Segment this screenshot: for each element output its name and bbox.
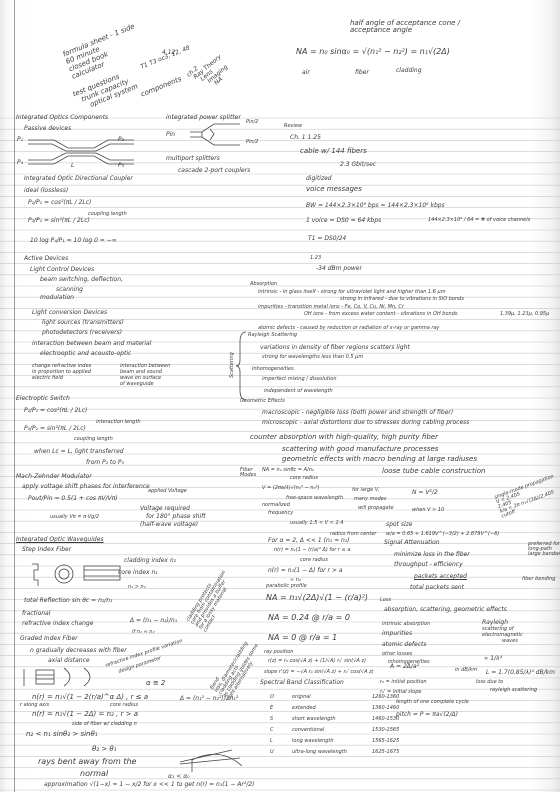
note-line: when V > 10: [412, 508, 444, 513]
note-line: Voltage required: [140, 506, 206, 512]
equation: NA = n₁√(2Δ)√(1 − (r/a)²): [266, 594, 368, 602]
rayleigh-note: Rayleigh scattering of electromagnetic w…: [482, 620, 523, 644]
note-line: 2.3 Gbit/sec: [340, 162, 376, 168]
note-line: n₁ > n₂: [128, 585, 146, 590]
band-letter: S: [270, 717, 292, 722]
equation: N = V²/2: [412, 490, 438, 496]
note-line: if n₁ ≈ n₂: [132, 630, 154, 635]
label-pout: Pin/2: [246, 120, 258, 125]
equation: P₃/P₁ = sin²(πL / 2Lc): [28, 218, 90, 224]
note-line: n gradually decreases with fiber: [30, 648, 127, 654]
note-line: rays bent away from the: [38, 758, 136, 766]
band-letter: O: [270, 695, 292, 700]
label-fiber: fiber: [355, 70, 369, 76]
note-line: scanning: [56, 287, 83, 293]
subsection-title: Light conversion Devices: [32, 310, 107, 316]
subsection-title: Inhomogeneities: [252, 367, 294, 372]
note-line: interaction between beam and material: [32, 341, 151, 347]
note-line: microscopic - axial distortions due to s…: [262, 420, 469, 426]
subsection-title: Step Index Fiber: [22, 547, 71, 553]
band-name: original: [292, 695, 372, 700]
note-line: coupling length: [88, 212, 127, 217]
equation: V = (2πa/λ)√(n₁² − n₂²): [262, 486, 319, 491]
note-line: interaction length: [96, 420, 141, 425]
note-line: large bandwidth: [528, 552, 560, 557]
note-line: refractive index change: [22, 621, 93, 627]
note-line: core index n₁: [118, 570, 158, 576]
equation: α₁ < α₀: [168, 774, 190, 780]
note-line: loss due to: [476, 680, 503, 685]
na-annotation: half angle of acceptance cone / acceptan…: [350, 20, 500, 34]
na-formula: NA = n₀ sinα₀ = √(n₁² − n₂²) = n₁√(2Δ): [296, 48, 450, 56]
equation: total Reflection sin θc = n₂/n₁: [24, 598, 113, 604]
note-line: counter absorption with high-quality, hi…: [250, 434, 438, 441]
band-range: 1260-1360: [372, 695, 422, 700]
note-line: core radius: [290, 476, 318, 481]
equation: n(r) = n₁√(1 − 2(r/a)^α Δ) , r ≤ a: [32, 694, 148, 701]
equation: Δ = (n₁ − n₂)/n₁: [130, 618, 177, 624]
equation: n(r) = n₁(1 − Δ) for r > a: [268, 568, 343, 574]
step-index-fiber-diagram: [24, 560, 124, 590]
note-line: normal: [80, 770, 108, 778]
note-line: voice messages: [306, 186, 362, 193]
note-line: atomic defects - caused by reduction or …: [258, 326, 439, 331]
equation: 144×2.3×10⁶ / 64 = # of voice channels: [428, 218, 530, 223]
section-title: Integrated Optic Waveguides: [16, 537, 104, 543]
equation: ∝ 1/λ⁴: [484, 656, 502, 662]
note-line: electrooptic and acousto-optic: [40, 351, 131, 357]
note-line: scattering with good manufacture process…: [282, 446, 438, 453]
equation: P₂/P₁ = cos²(πL / 2Lc): [28, 200, 91, 206]
note-line: intrinsic absorption: [382, 622, 430, 627]
subsection-title: Geometric Effects: [240, 399, 285, 404]
note-line: r₀ = initial position: [380, 680, 427, 685]
equation: packets accepted: [414, 574, 467, 580]
equation: α ≅ 2: [146, 680, 165, 687]
equation: n₂ < n₁ sinθ₂ > sinθ₁: [26, 731, 98, 738]
note-line: loose tube cable construction: [382, 468, 485, 475]
scattering-brace: [236, 330, 248, 402]
equation: w/a = 0.65 + 1.619V^(−3/2) + 2.879V^(−6): [386, 532, 499, 537]
equation: NA = n₁ sinθc = A/n₀: [262, 468, 314, 473]
note-line: free-space wavelength: [286, 496, 343, 501]
note-line: side of fiber w/ cladding n: [72, 722, 137, 727]
band-name: long wavelength: [292, 739, 372, 744]
note-line: from P₂ to P₃: [86, 460, 124, 466]
band-range: 1360-1460: [372, 706, 422, 711]
note-line: will propagate: [358, 506, 394, 511]
label-p1: P₁: [17, 137, 23, 143]
section-title: Review: [284, 124, 302, 129]
note-line: -34 dBm power: [316, 266, 362, 272]
note-line: cable w/ 144 fibers: [300, 148, 367, 155]
equation: NA = 0.24 @ r/a = 0: [268, 614, 350, 622]
scattering-label: Scattering: [230, 352, 235, 378]
section-title: Signal Attenuation: [384, 540, 440, 546]
note-line: ideal (lossless): [24, 188, 68, 194]
band-name: short wavelength: [292, 717, 372, 722]
band-name: conventional: [292, 728, 372, 733]
table-row: L long wavelength 1565-1625: [270, 736, 422, 747]
label-l: L: [71, 163, 74, 169]
note-line: core radius: [300, 558, 328, 563]
note-line: for 180° phase shift: [146, 514, 206, 520]
note-line: spot size: [386, 522, 413, 528]
band-range: 1565-1625: [372, 739, 422, 744]
band-letter: C: [270, 728, 292, 733]
note-line: of waveguide: [120, 382, 170, 387]
label-p3: P₃: [118, 163, 124, 169]
equation: n(r) = n₁(1 − (r/a)² Δ) for r ≤ a: [274, 548, 350, 553]
note-line: modulation: [40, 295, 74, 301]
section-title: Graded Index Fiber: [20, 636, 78, 642]
label-p2: P₂: [118, 137, 124, 143]
note-line: apply voltage shift phases for interfere…: [22, 484, 150, 490]
section-title: Spectral Band Classification: [260, 680, 344, 686]
equation: slope r'(z) = −√A r₀ sin(√A z) + r₀' cos…: [264, 670, 374, 675]
equation: 10 log P₄/P₁ = 10 log 0 = −∞: [30, 238, 117, 244]
preferred-note: preferred for long-path large bandwidth: [528, 542, 560, 557]
subsection-title: Passive devices: [24, 126, 71, 132]
equation: NA = 0 @ r/a = 1: [268, 634, 337, 642]
equation: approximation √(1−x) ≈ 1 − x/2 for x << …: [44, 782, 254, 788]
table-row: E extended 1360-1460: [270, 703, 422, 714]
equation: L = 1.7(0.85/λ)⁴ dB/km: [486, 670, 555, 676]
band-range: 1460-1530: [372, 717, 422, 722]
note-line: Ch. 1 1.25: [290, 135, 321, 141]
note-line: impurities: [382, 631, 412, 637]
band-name: extended: [292, 706, 372, 711]
label-pout: Pin/2: [246, 140, 258, 145]
note-line: 1.23: [310, 256, 321, 261]
note-line: waves: [502, 639, 523, 644]
note-line: r along axis: [20, 703, 49, 708]
equation: P₃/P₁ = sin²(πL / 2Lc): [24, 426, 86, 432]
voltage-note: Voltage required for 180° phase shift (h…: [140, 506, 206, 528]
band-name: ultra-long wavelength: [292, 750, 372, 755]
note-line: independent of wavelength: [264, 389, 333, 394]
label-air: air: [302, 70, 310, 76]
note-line: many modes: [354, 497, 386, 502]
equation: Pout/Pin = 0.5(1 + cos πV/Vπ): [28, 496, 118, 502]
table-row: C conventional 1530-1565: [270, 725, 422, 736]
note-line: cascade 2-port couplers: [178, 168, 250, 174]
note-line: minimize loss in the fiber: [394, 552, 470, 558]
band-letter: E: [270, 706, 292, 711]
note-line: digitized: [306, 176, 332, 182]
note-line: frequency: [268, 511, 293, 516]
note-line: for large V,: [352, 488, 379, 493]
note-line: atomic defects: [382, 642, 427, 648]
equation: total packets sent: [410, 585, 464, 591]
note-line: strong for wavelengths less than 0.5 μm: [262, 355, 363, 360]
note-line: normalized: [262, 503, 290, 508]
note-line: absorption, scattering, geometric effect…: [384, 607, 507, 613]
note-line: fractional: [22, 611, 50, 617]
section-title: Integrated Optics Components: [16, 115, 108, 121]
note-line: throughput - efficiency: [394, 562, 463, 568]
band-letter: U: [270, 750, 292, 755]
subsection-title: Rayleigh Scattering: [248, 333, 297, 338]
note-line: coupling length: [74, 437, 113, 442]
section-title: Active Devices: [24, 256, 68, 262]
subsection-title: Fiber Modes: [240, 468, 264, 478]
subsection-title: Integrated Optic Directional Coupler: [24, 176, 133, 182]
equation: BW = 144×2.3×10⁹ bps = 144×2.3×10⁶ kbps: [306, 203, 445, 209]
equation: For α = 2, Δ << 1 (n₁ ≈ n₂): [268, 538, 350, 544]
ray-bending-diagram: [180, 748, 244, 774]
subsection-title: Loss: [380, 598, 391, 603]
note-line: core radius: [110, 703, 138, 708]
band-range: 1530-1565: [372, 728, 422, 733]
note-line: applied Voltage: [148, 489, 188, 494]
note-line: electric field: [32, 376, 92, 381]
acoustooptic-note: interaction between beam and sound wave …: [120, 364, 170, 387]
equation: T1 = DS0/24: [308, 236, 346, 242]
note-line: in dB/km: [455, 668, 477, 673]
table-row: S short wavelength 1460-1530: [270, 714, 422, 725]
notebook-page: formula sheet - 1 side 60 minute closed …: [0, 0, 560, 792]
label-pin: Pin: [166, 132, 175, 138]
label-cladding: cladding: [396, 68, 422, 74]
note-line: cladding index n₂: [124, 558, 176, 564]
note-line: macroscopic - negligible loss (both powe…: [262, 410, 453, 416]
note-line: beam switching, deflection,: [40, 277, 123, 283]
equation: n(r) = n₁√(1 − 2Δ) = n₂ , r > a: [32, 711, 138, 718]
note-line: multiport splitters: [166, 156, 220, 162]
note-line: 1.39μ, 1.23μ, 0.95μ: [500, 312, 549, 317]
note-line: when Lc = L, light transferred: [34, 449, 124, 455]
note-line: radius from center: [330, 532, 376, 537]
note-line: OH ions - from excess water content - vi…: [304, 312, 457, 317]
note-line: (half-wave voltage): [140, 522, 206, 528]
note-line: ray position: [264, 650, 293, 655]
band-range: 1625-1675: [372, 750, 422, 755]
equation: P₂/P₁ = cos²(πL / 2Lc): [24, 408, 87, 414]
note-line: intrinsic - in glass itself - strong for…: [258, 290, 446, 295]
note-line: usually 1.5 < V < 2.4: [290, 521, 343, 526]
table-row: U ultra-long wavelength 1625-1675: [270, 747, 422, 758]
note-line: usually Vπ = π·Vg/2: [50, 515, 99, 520]
equation: r(z) = r₀ cos(√A z) + (1/√A) r₀' sin(√A …: [268, 659, 366, 664]
note-line: parabolic profile: [266, 584, 307, 589]
note-line: geometric effects with macro bending at …: [282, 456, 477, 463]
note-line: rayleigh scattering: [490, 688, 537, 693]
label-p4: P₄: [17, 160, 23, 166]
note-line: variations in density of fiber regions s…: [260, 345, 410, 351]
band-letter: L: [270, 739, 292, 744]
note-line: light sources (transmitters): [42, 320, 124, 326]
note-line: strong in infrared - due to vibrations i…: [340, 297, 464, 302]
note-line: photodetectors (receivers): [42, 330, 122, 336]
note-line: inhomogeneities: [388, 660, 430, 665]
subsection-title: Light Control Devices: [30, 267, 94, 273]
problem-ref: 4.12: [162, 50, 175, 56]
section-title: Absorption: [250, 282, 277, 287]
equation: Δ = (n₁² − n₂²)/2n₁²: [180, 696, 238, 702]
note-line: other losses: [382, 652, 412, 657]
equation: θ₂ > θ₁: [92, 746, 117, 753]
note-line: imperfect mixing / dissolution: [262, 377, 336, 382]
graded-index-diagram: [14, 664, 104, 690]
equation: 1 voice = DS0 = 64 kbps: [306, 218, 381, 224]
table-row: O original 1260-1360: [270, 692, 422, 703]
spectral-band-table: O original 1260-1360 E extended 1360-146…: [270, 692, 422, 758]
note-line: fiber bending: [522, 577, 555, 582]
section-title: Electroptic Switch: [16, 396, 70, 402]
section-title: Mach-Zehnder Modulator: [16, 474, 92, 480]
electrooptic-note: change refractive index in proportion to…: [32, 364, 92, 381]
note-line: impurities - transition metal ions - Fe,…: [258, 305, 404, 310]
